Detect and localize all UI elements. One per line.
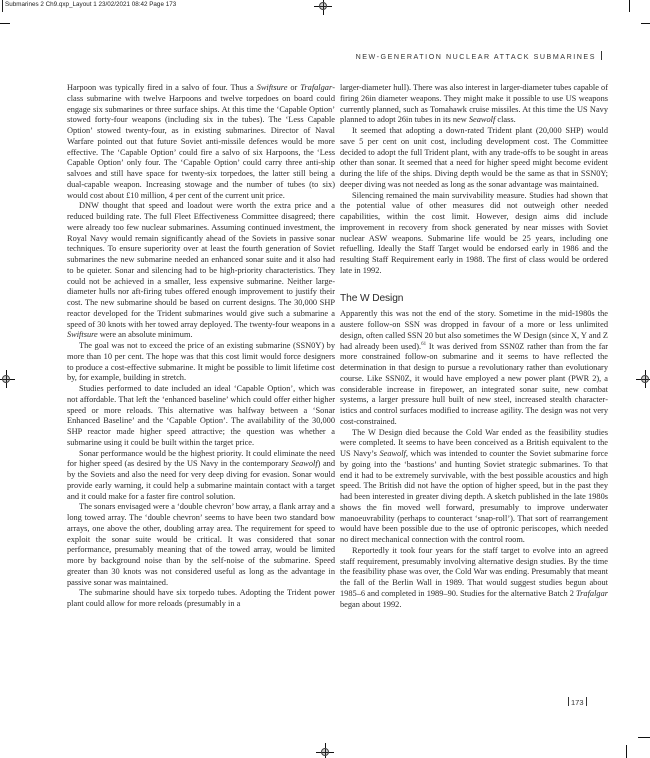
italic-ship-name: Seawolf — [379, 449, 405, 458]
paragraph: Reportedly it took four years for the st… — [340, 546, 608, 611]
crop-mark-top-right-v — [629, 0, 630, 12]
paragraph: It seemed that adopting a down-rated Tri… — [340, 126, 608, 191]
print-slug-line: Submarines 2 Ch9.qxp_Layout 1 23/02/2021… — [2, 0, 176, 12]
left-column: Harpoon was typically fired in a salvo o… — [67, 83, 335, 610]
italic-ship-name: Tra­falgar — [300, 83, 332, 92]
paragraph: The submarine should have six torpedo tu… — [67, 588, 335, 610]
crop-mark-bottom-right-v — [626, 745, 627, 758]
paragraph: Apparently this was not the end of the s… — [340, 309, 608, 427]
paragraph: DNW thought that speed and loadout were … — [67, 201, 335, 341]
page-number: 173 — [566, 697, 589, 707]
crop-mark-top-left-h — [0, 23, 10, 24]
running-head-rule — [601, 51, 602, 60]
section-heading: The W Design — [340, 294, 608, 305]
right-column: larger-diameter hull). There was also in… — [340, 83, 608, 610]
paragraph: Sonar performance would be the highest p… — [67, 449, 335, 503]
crop-mark-top-right-h — [641, 23, 650, 24]
italic-ship-name: Swiftsure — [67, 330, 98, 339]
paragraph: Silencing remained the main survivabilit… — [340, 191, 608, 277]
paragraph: Studies performed to date included an id… — [67, 384, 335, 449]
paragraph: The goal was not to exceed the price of … — [67, 341, 335, 384]
paragraph: larger-diameter hull). There was also in… — [340, 83, 608, 126]
registration-mark-bottom-icon — [316, 743, 334, 758]
page-number-text: 173 — [571, 698, 584, 707]
crop-mark-bottom-right-h — [638, 737, 650, 738]
paragraph: The W Design died because the Cold War e… — [340, 428, 608, 546]
italic-ship-name: Trafalgar — [576, 589, 608, 598]
italic-ship-name: Seawolf — [469, 115, 495, 124]
paragraph: Harpoon was typically fired in a salvo o… — [67, 83, 335, 201]
folio-rule-right — [586, 697, 587, 706]
registration-mark-left-icon — [0, 370, 15, 388]
registration-mark-right-icon — [636, 370, 650, 388]
registration-mark-top-icon — [314, 0, 332, 15]
italic-ship-name: Swiftsure — [257, 83, 288, 92]
italic-ship-name: Seawolf — [291, 459, 317, 468]
running-head-text: NEW-GENERATION NUCLEAR ATTACK SUBMARINES — [356, 53, 596, 61]
running-head: NEW-GENERATION NUCLEAR ATTACK SUBMARINES — [356, 51, 602, 61]
paragraph: The sonars envisaged were a ‘double chev… — [67, 502, 335, 588]
folio-rule-left — [568, 697, 569, 706]
